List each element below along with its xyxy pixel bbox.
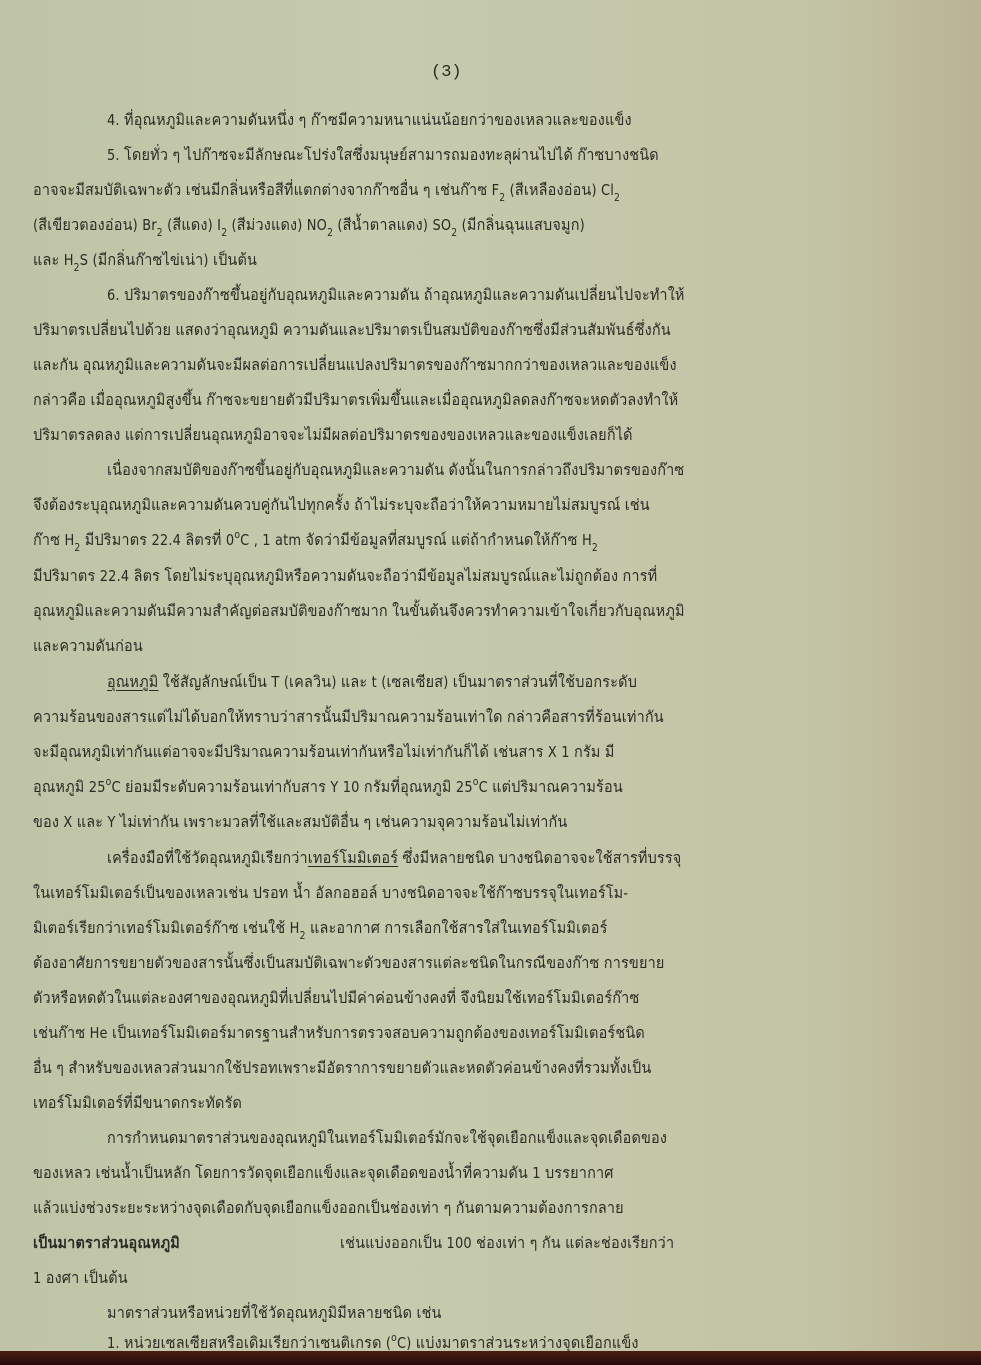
term-temperature: อุณหภูมิ (107, 673, 158, 691)
text-line: และ H2S (มีกลิ่นก๊าซไข่เน่า) เป็นต้น (33, 250, 257, 270)
paragraph-item-5: 5. โดยทั่ว ๆ ไปก๊าซจะมีลักษณะโปร่งใสซึ่ง… (107, 145, 659, 165)
list-item-celsius: 1. หน่วยเซลเซียสหรือเดิมเรียกว่าเซนติเกร… (107, 1333, 639, 1353)
text-line: อุณหภูมิ 25oC ย่อมมีระดับความร้อนเท่ากับ… (33, 777, 623, 797)
text-line: เทอร์โมมิเตอร์ที่มีขนาดกระทัดรัด (33, 1093, 242, 1113)
text-line: ปริมาตรเปลี่ยนไปด้วย แสดงว่าอุณหภูมิ ควา… (33, 320, 671, 340)
paragraph-start: อุณหภูมิ ใช้สัญลักษณ์เป็น T (เคลวิน) และ… (107, 672, 637, 692)
paragraph-start: เนื่องจากสมบัติของก๊าซขึ้นอยู่กับอุณหภูม… (107, 460, 684, 480)
page-number: (3) (431, 63, 462, 82)
text-line: กล่าวคือ เมื่ออุณหภูมิสูงขึ้น ก๊าซจะขยาย… (33, 390, 678, 410)
page-bottom-edge (0, 1351, 981, 1365)
text-line: และความดันก่อน (33, 636, 143, 656)
paragraph-start: มาตราส่วนหรือหน่วยที่ใช้วัดอุณหภูมิมีหลา… (107, 1303, 442, 1323)
paragraph-start: เครื่องมือที่ใช้วัดอุณหภูมิเรียกว่าเทอร์… (107, 848, 681, 868)
text-line: แล้วแบ่งช่วงระยะระหว่างจุดเดือดกับจุดเยื… (33, 1198, 624, 1218)
text-line: เป็นมาตราส่วนอุณหภูมิ (33, 1233, 180, 1253)
scanned-document-page: (3) 4. ที่อุณหภูมิและความดันหนึ่ง ๆ ก๊าซ… (0, 0, 981, 1365)
text-line: 1 องศา เป็นต้น (33, 1268, 128, 1288)
paragraph-item-6: 6. ปริมาตรของก๊าซขึ้นอยู่กับอุณหภูมิและค… (107, 285, 685, 305)
text-line: เช่นแบ่งออกเป็น 100 ช่องเท่า ๆ กัน แต่ละ… (340, 1233, 674, 1253)
text-line: ในเทอร์โมมิเตอร์เป็นของเหลวเช่น ปรอท น้ำ… (33, 883, 628, 903)
text-line: มิเตอร์เรียกว่าเทอร์โมมิเตอร์ก๊าซ เช่นใช… (33, 918, 608, 938)
text-line: ความร้อนของสารแต่ไม่ได้บอกให้ทราบว่าสารน… (33, 707, 664, 727)
paragraph-item-4: 4. ที่อุณหภูมิและความดันหนึ่ง ๆ ก๊าซมีคว… (107, 110, 632, 130)
paragraph-start: การกำหนดมาตราส่วนของอุณหภูมิในเทอร์โมมิเ… (107, 1128, 667, 1148)
text-line: จึงต้องระบุอุณหภูมิและความดันควบคู่กันไป… (33, 495, 650, 515)
text-line: ปริมาตรลดลง แต่การเปลี่ยนอุณหภูมิอาจจะไม… (33, 425, 633, 445)
text-line: ของเหลว เช่นน้ำเป็นหลัก โดยการวัดจุดเยือ… (33, 1163, 614, 1183)
text-line: เช่นก๊าซ He เป็นเทอร์โมมิเตอร์มาตรฐานสำห… (33, 1023, 645, 1043)
text-line: ตัวหรือหดตัวในแต่ละองศาของอุณหภูมิที่เปล… (33, 988, 639, 1008)
text-line: อาจจะมีสมบัติเฉพาะตัว เช่นมีกลิ่นหรือสีท… (33, 180, 620, 200)
text-line: อื่น ๆ สำหรับของเหลวส่วนมากใช้ปรอทเพราะม… (33, 1058, 651, 1078)
text-line: จะมีอุณหภูมิเท่ากันแต่อาจจะมีปริมาณความร… (33, 742, 615, 762)
text-line: ต้องอาศัยการขยายตัวของสารนั้นซึ่งเป็นสมบ… (33, 953, 664, 973)
text-line: มีปริมาตร 22.4 ลิตร โดยไม่ระบุอุณหภูมิหร… (33, 566, 657, 586)
text-line: (สีเขียวตองอ่อน) Br2 (สีแดง) I2 (สีม่วงแ… (33, 215, 585, 235)
text-line: ของ X และ Y ไม่เท่ากัน เพราะมวลที่ใช้และ… (33, 812, 567, 832)
text-line: ก๊าซ H2 มีปริมาตร 22.4 ลิตรที่ 0oC , 1 a… (33, 530, 598, 550)
term-thermometer: เทอร์โมมิเตอร์ (308, 849, 398, 867)
text-line: และกัน อุณหภูมิและความดันจะมีผลต่อการเปล… (33, 355, 677, 375)
text-line: อุณหภูมิและความดันมีความสำคัญต่อสมบัติขอ… (33, 601, 685, 621)
